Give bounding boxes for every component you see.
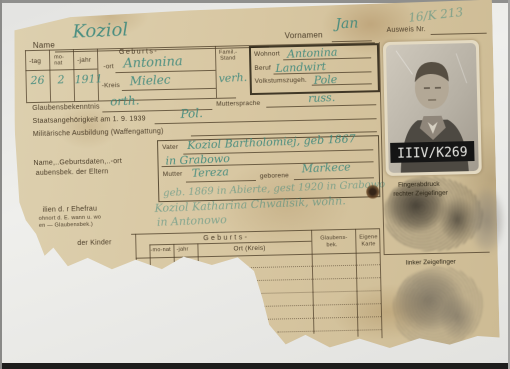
- kinder-col-karte-2: Karte: [361, 241, 375, 247]
- kinder-row-line-6: [277, 329, 381, 332]
- vater-label: Vater: [162, 144, 178, 151]
- kinder-col-ort: Ort (Kreis): [233, 245, 265, 253]
- tag-label: -tag: [29, 58, 41, 65]
- glauben-label: Glaubensbekenntnis: [32, 104, 100, 113]
- ausweis-value: 16/K 213: [408, 5, 464, 25]
- id-photo: IIIV/K269: [383, 40, 482, 176]
- geborene-value: Markece: [301, 160, 350, 175]
- backdrop-smudge: [468, 186, 510, 272]
- militaer-label: Militärische Ausbildung (Waffengattung): [33, 128, 164, 138]
- glauben-value: orth.: [110, 93, 140, 108]
- fingerprint-left-label: linker Zeigefinger: [406, 258, 456, 266]
- kinder-vline-0: [135, 234, 137, 264]
- wohnort-label: Wohnort: [254, 50, 280, 58]
- kinder-col-jahr: -jahr: [176, 247, 188, 253]
- kinder-side-label: der Kinder: [77, 239, 111, 247]
- ehefrau-side-label-3: en — Glaubensbek.): [39, 222, 93, 229]
- beruf-label: Beruf: [254, 65, 271, 72]
- mutter-value: Tereza: [192, 165, 230, 179]
- tag-value: 26: [30, 74, 45, 88]
- cols-header-line: [25, 69, 97, 72]
- ort-value: Antonina: [123, 54, 183, 71]
- jahr-value: 1911: [74, 72, 102, 86]
- eltern-side-label-1: Name,..Geburtsdaten,..-ort: [33, 158, 122, 167]
- kinder-vline-5: [355, 229, 358, 337]
- kreis-value: Mielec: [129, 73, 170, 89]
- famstand-col-line: [215, 46, 217, 98]
- kinder-col-glauben-1: Glaubens-: [320, 235, 347, 242]
- vornamen-value: Jan: [335, 15, 359, 32]
- sectionA-left-line: [25, 50, 27, 102]
- volkstum-value: Pole: [313, 73, 337, 87]
- kinder-row-line-4: [147, 303, 381, 309]
- kinder-col-karte-1: Eigene: [359, 234, 377, 240]
- kinder-col-glauben-2: bek.: [326, 242, 337, 248]
- kinder-geburts-header: G e b u r t s -: [203, 234, 247, 242]
- name-value: Koziol: [72, 19, 128, 42]
- famstand-value: verh.: [218, 71, 247, 85]
- fingerprint-right-label-2: rechter Zeigefinger: [393, 190, 448, 198]
- kinder-vline-1: [149, 244, 152, 319]
- kreis-line: [122, 88, 216, 91]
- kreis-label: -Kreis: [102, 82, 120, 89]
- muttersprache-value: russ.: [308, 91, 336, 105]
- kinder-col-monat: -mo-nat: [150, 247, 170, 253]
- fingerprint-left: [392, 266, 484, 350]
- vornamen-label: Vornamen: [285, 30, 323, 40]
- muttersprache-label: Muttersprache: [216, 100, 260, 108]
- mutter-label: Mutter: [163, 171, 183, 178]
- id-photo-image: IIIV/K269: [386, 43, 479, 173]
- kinder-row-line-2: [136, 277, 380, 284]
- famstand-label-2: Stand: [220, 55, 236, 61]
- jahr-label: -jahr: [77, 57, 91, 64]
- monat-value: 2: [57, 73, 65, 86]
- kinder-row-line-3: [137, 290, 381, 297]
- ehefrau-value-2: in Antonowo: [157, 213, 227, 229]
- ausweis-line: [431, 33, 487, 35]
- svg-text:IIIV/K269: IIIV/K269: [397, 145, 468, 162]
- ausweis-label: Ausweis Nr.: [386, 26, 425, 34]
- registration-card: Name Koziol Vornamen Jan Ausweis Nr. 16/…: [10, 0, 500, 366]
- kinder-vline-6: [379, 228, 382, 338]
- kinder-top-line: [131, 228, 379, 235]
- photo-frame-edge-bottom: [0, 363, 510, 369]
- wohnort-value: Antonina: [287, 46, 338, 61]
- scanned-document-page: Name Koziol Vornamen Jan Ausweis Nr. 16/…: [0, 0, 510, 369]
- volkstum-label: Volkstumszugeh.: [255, 77, 307, 85]
- monat-label-2: nat: [54, 60, 62, 66]
- staats-value: Pol.: [180, 106, 203, 121]
- kinder-row-line-5: [197, 316, 381, 321]
- eltern-side-label-2: aubensbek. der Eltern: [36, 168, 109, 177]
- muttersprache-line: [266, 104, 376, 107]
- kinder-header-bottom-line: [136, 252, 380, 259]
- col-line-1: [49, 50, 51, 102]
- ehefrau-side-label-1: ilien d. r Ehefrau: [42, 206, 97, 214]
- ort-label: -ort: [103, 63, 114, 70]
- kinder-row-line-1: [136, 264, 380, 271]
- photo-frame-edge-left: [0, 0, 2, 369]
- staats-label: Staatsangehörigkeit am 1. 9. 1939: [32, 115, 145, 125]
- fingerprint-right-label-1: Fingerabdruck: [398, 181, 440, 189]
- geborene-label: geborene: [260, 172, 289, 180]
